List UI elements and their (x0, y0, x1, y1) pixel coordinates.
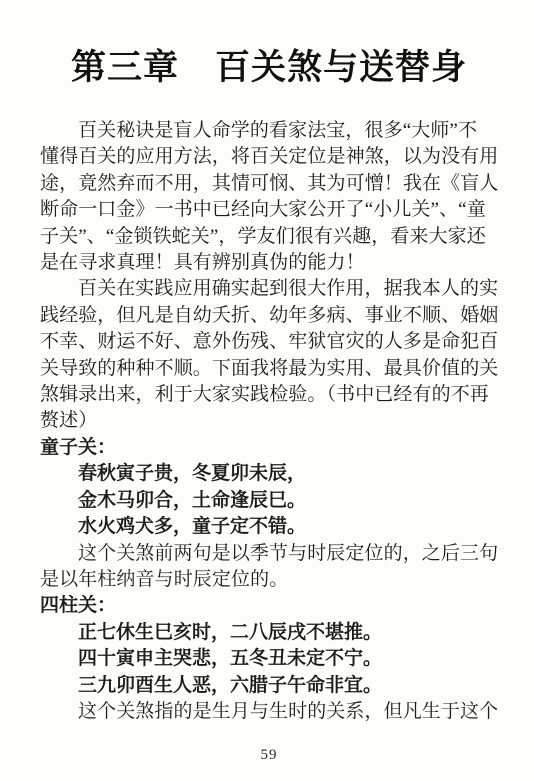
paragraph-line: 途，竟然弃而不用，其情可悯、其为可憎！我在《盲人 (40, 171, 498, 197)
paragraph-line: 践经验，但凡是自幼夭折、幼年多病、事业不顺、婚姻 (40, 303, 498, 329)
paragraph-line: 是在寻求真理！具有辨别真伪的能力！ (40, 250, 498, 276)
scanned-book-page: 第三章 百关煞与送替身 百关秘诀是盲人命学的看家法宝，很多“大师”不 懂得百关的… (0, 0, 534, 781)
page-number: 59 (40, 747, 498, 764)
verse-line: 正七休生巳亥时，二八辰戌不堪推。 (40, 620, 498, 646)
paragraph-line: 煞辑录出来，利于大家实践检验。（书中已经有的不再 (40, 382, 498, 408)
chapter-title: 第三章 百关煞与送替身 (40, 44, 498, 92)
verse-line: 水火鸡犬多，童子定不错。 (40, 514, 498, 540)
paragraph-line: 不幸、财运不好、意外伤残、牢狱官灾的人多是命犯百 (40, 329, 498, 355)
paragraph-1: 百关秘诀是盲人命学的看家法宝，很多“大师”不 懂得百关的应用方法，将百关定位是神… (40, 118, 498, 276)
verse-line: 三九卯酉生人恶，六腊子午命非宜。 (40, 673, 498, 699)
paragraph-line: 赘述） (40, 408, 498, 434)
paragraph-line: 这个关煞前两句是以季节与时辰定位的，之后三句 (40, 541, 498, 567)
paragraph-3: 这个关煞前两句是以季节与时辰定位的，之后三句 是以年柱纳音与时辰定位的。 (40, 541, 498, 594)
section-heading-sizhuguan: 四柱关： (40, 593, 498, 619)
verse-line: 四十寅申主哭悲，五冬丑未定不宁。 (40, 646, 498, 672)
verse-2: 正七休生巳亥时，二八辰戌不堪推。 四十寅申主哭悲，五冬丑未定不宁。 三九卯酉生人… (40, 620, 498, 699)
page-body: 百关秘诀是盲人命学的看家法宝，很多“大师”不 懂得百关的应用方法，将百关定位是神… (40, 118, 498, 725)
paragraph-line: 这个关煞指的是生月与生时的关系，但凡生于这个 (40, 699, 498, 725)
verse-line: 春秋寅子贵，冬夏卯未辰， (40, 461, 498, 487)
paragraph-line: 懂得百关的应用方法，将百关定位是神煞，以为没有用 (40, 144, 498, 170)
paragraph-4: 这个关煞指的是生月与生时的关系，但凡生于这个 (40, 699, 498, 725)
paragraph-line: 断命一口金》一书中已经向大家公开了“小儿关”、“童 (40, 197, 498, 223)
verse-line: 金木马卯合，土命逢辰巳。 (40, 488, 498, 514)
paragraph-line: 是以年柱纳音与时辰定位的。 (40, 567, 498, 593)
paragraph-2: 百关在实践应用确实起到很大作用，据我本人的实 践经验，但凡是自幼夭折、幼年多病、… (40, 276, 498, 434)
paragraph-line: 关导致的种种不顺。下面我将最为实用、最具价值的关 (40, 356, 498, 382)
paragraph-line: 子关”、“金锁铁蛇关”，学友们很有兴趣，看来大家还 (40, 224, 498, 250)
section-heading-tongziguan: 童子关： (40, 435, 498, 461)
verse-1: 春秋寅子贵，冬夏卯未辰， 金木马卯合，土命逢辰巳。 水火鸡犬多，童子定不错。 (40, 461, 498, 540)
paragraph-line: 百关在实践应用确实起到很大作用，据我本人的实 (40, 276, 498, 302)
paragraph-line: 百关秘诀是盲人命学的看家法宝，很多“大师”不 (40, 118, 498, 144)
